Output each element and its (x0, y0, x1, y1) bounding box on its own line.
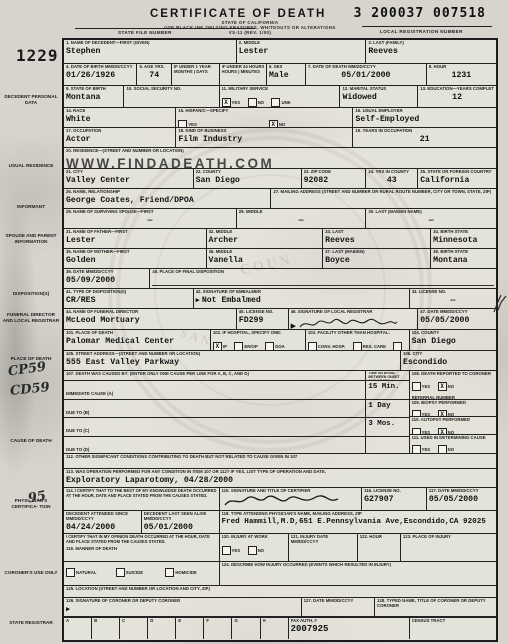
margin-scribble (492, 292, 508, 316)
registrar-cell-a: A (64, 618, 92, 639)
cause-line-b: DUE TO (B) Iliac Venous Thrombosis (64, 400, 365, 419)
death-certificate-form: 1. NAME OF DECEDENT—FIRST (GIVEN)Stephen… (62, 38, 498, 642)
field-facility-other-than-hospital: 103. FACILITY OTHER THAN HOSPITAL: CONV.… (306, 330, 410, 350)
field-state-or-foreign-country: 25. STATE OR FOREIGN COUNTRYCalifornia (418, 169, 496, 188)
field-decedent-last-name: 3. LAST (FAMILY)Reeves (366, 40, 496, 63)
field-attending-physician-name-address: 118. TYPE ATTENDING PHYSICIAN'S NAME, MA… (220, 511, 496, 533)
section-label-physician: PHYSI- CIAN'S CERTIFICA- TION (2, 498, 60, 509)
field-death-caused-by: 107. DEATH WAS CAUSED BY: (ENTER ONLY ON… (64, 371, 366, 453)
field-manner-of-death-options: NATURAL SUICIDE HOMICIDE ACCIDENT PENDIN… (64, 562, 220, 585)
field-social-security-no: 10. SOCIAL SECURITY NO. (124, 86, 219, 107)
local-registration-number-label: LOCAL REGISTRATION NUMBER (380, 29, 463, 34)
coroner-biopsy-autopsy-column: 108. DEATH REPORTED TO CORONER YES XNO R… (410, 371, 496, 453)
field-mother-first-name: 35. NAME OF MOTHER—FIRSTGolden (64, 249, 207, 268)
field-father-middle-name: 32. MIDDLEArcher (207, 229, 324, 248)
certificate-header: CERTIFICATE OF DEATH STATE OF CALIFORNIA… (0, 0, 508, 38)
registrar-cell-h: H (261, 618, 289, 639)
section-label-disposition: DISPOSITION(S) (2, 291, 60, 297)
field-injury-location: 125. LOCATION (STREET AND NUMBER OR LOCA… (64, 586, 496, 597)
field-if-hospital-specify: 102. IF HOSPITAL, SPECIFY ONE: XIP ER/OP… (211, 330, 306, 350)
field-coroner-signature: 126. SIGNATURE OF CORONER OR DEPUTY CORO… (64, 598, 302, 616)
field-hispanic-specify: 15. HISPANIC—SPECIFY YES XNO (176, 108, 353, 127)
field-residence-city: 21. CITYValley Center (64, 169, 194, 188)
field-coroner-date: 127. DATE MM/DD/CCYY (302, 598, 375, 616)
hospital-erop-checkbox (234, 342, 243, 350)
field-place-of-death: 101. PLACE OF DEATHPalomar Medical Cente… (64, 330, 211, 350)
field-describe-how-injury-occurred: 124. DESCRIBE HOW INJURY OCCURRED (EVENT… (220, 562, 496, 585)
field-race: 14. RACEWhite (64, 108, 176, 127)
registrar-cell-c: C (120, 618, 148, 639)
hispanic-no-checkbox: X (269, 120, 278, 127)
field-mother-maiden-name: 37. LAST (MAIDEN)Boyce (323, 249, 431, 268)
field-hour-of-death: 8. HOUR1231 (427, 64, 496, 85)
cause-line-c: DUE TO (C) Massive Abdominal Lymphoma (64, 418, 365, 437)
certificate-title: CERTIFICATE OF DEATH (150, 8, 326, 20)
section-label-informant: INFORMANT (2, 204, 60, 210)
field-fax-auth-number: FAX AUTH. # 2007925 (289, 618, 410, 639)
field-funeral-director-license: 45. LICENSE NO.FD299 (237, 309, 289, 329)
field-informant-name-relationship: 26. NAME, RELATIONSHIPGeorge Coates, Fri… (64, 189, 271, 208)
conv-hosp-checkbox (308, 342, 317, 350)
field-spouse-first-name: 28. NAME OF SURVIVING SPOUSE—FIRST— (64, 209, 237, 228)
coroner-no-checkbox: X (438, 382, 447, 391)
registrar-cell-b: B (92, 618, 120, 639)
field-death-county: 104. COUNTYSan Diego (410, 330, 496, 350)
arrow-icon: ▶ (291, 323, 296, 329)
field-spouse-middle-name: 29. MIDDLE— (237, 209, 367, 228)
section-label-cause-of-death: CAUSE OF DEATH (2, 438, 60, 444)
field-death-city: 106. CITYEscondido (401, 351, 496, 370)
local-registration-number-value: 3 200037 007518 (354, 6, 486, 21)
field-sex: 6. SEXMale (267, 64, 306, 85)
hospital-ip-checkbox: X (213, 342, 222, 350)
field-place-of-injury: 123. PLACE OF INJURY (401, 534, 496, 561)
natural-checkbox (66, 568, 75, 577)
findadeath-watermark: WWW.FINDADEATH.COM (66, 156, 494, 168)
field-operation-performed: 113. WAS OPERATION PERFORMED FOR ANY CON… (64, 469, 496, 487)
field-injury-at-work: 120. INJURY AT WORK YES NO (220, 534, 289, 561)
field-injury-hour: 122. HOUR (358, 534, 401, 561)
field-decedent-last-seen-alive: DECEDENT LAST SEEN ALIVE MM/DD/CCYY05/01… (142, 511, 220, 533)
field-decedent-middle-name: 2. MIDDLELester (237, 40, 367, 63)
field-certifier-signature: 115. SIGNATURE AND TITLE OF CERTIFIER (220, 488, 363, 510)
autopsy-yes-checkbox (412, 428, 421, 436)
section-label-place-of-death: PLACE OF DEATH (2, 356, 60, 362)
field-embalmer-signature: 42. SIGNATURE OF EMBALMER ▶Not Embalmed (194, 289, 410, 308)
field-other-significant-conditions: 112. OTHER SIGNIFICANT CONDITIONS CONTRI… (64, 454, 496, 468)
registrar-cell-e: E (176, 618, 204, 639)
state-file-number-label: STATE FILE NUMBER (118, 30, 172, 35)
field-residence-county: 22. COUNTYSan Diego (194, 169, 302, 188)
field-coroner-certification-statement: I CERTIFY THAT IN MY OPINION DEATH OCCUR… (64, 534, 220, 561)
field-certifier-date: 117. DATE MM/DD/CCYY05/05/2000 (427, 488, 496, 510)
field-years-in-county: 24. YRS IN COUNTY43 (366, 169, 418, 188)
certifier-signature (222, 494, 342, 508)
other-facility-checkbox (393, 342, 402, 350)
homicide-checkbox (165, 568, 174, 577)
coroner-yes-checkbox (412, 382, 421, 391)
registrar-signature (298, 318, 398, 329)
biopsy-yes-checkbox (412, 410, 421, 418)
field-embalmer-license: 43. LICENSE NO.— (410, 289, 496, 308)
arrow-icon: ▶ (66, 606, 70, 614)
field-usual-employer: 16. USUAL EMPLOYERSelf-Employed (353, 108, 496, 127)
field-death-street-address: 105. STREET ADDRESS—(STREET AND NUMBER O… (64, 351, 401, 370)
field-census-tract: CENSUS TRACT (410, 618, 496, 639)
field-decedent-first-name: 1. NAME OF DECEDENT—FIRST (GIVEN)Stephen (64, 40, 237, 63)
field-zip-code: 23. ZIP CODE92082 (302, 169, 367, 188)
field-mother-birth-state: 38. BIRTH STATEMontana (431, 249, 496, 268)
field-father-last-name: 33. LASTReeves (323, 229, 431, 248)
field-biopsy-performed: 109. BIOPSY PERFORMED YES XNO (410, 400, 496, 418)
field-residence-street: 20. RESIDENCE—(STREET AND NUMBER OR LOCA… (64, 148, 496, 168)
state-file-number-stamp: 1229 (16, 46, 59, 65)
section-label-state-registrar: STATE REGISTRAR (2, 620, 60, 626)
field-education-years: 13. EDUCATION—YEARS COMPLETED12 (418, 86, 496, 107)
field-decedent-attended-since: DECEDENT ATTENDED SINCE MM/DD/CCYY04/24/… (64, 511, 142, 533)
field-local-registrar-signature: 46. SIGNATURE OF LOCAL REGISTRAR ▶ (289, 309, 419, 329)
field-if-under-24-hours: IF UNDER 24 HOURSHOURS | MINUTES (220, 64, 268, 85)
arrow-icon: ▶ (196, 297, 200, 305)
registrar-cell-d: D (148, 618, 176, 639)
time-interval-column: TIME INTERVAL BETWEEN ONSET AND DEATH 15… (366, 371, 409, 453)
section-label-residence: USUAL RESIDENCE (2, 163, 60, 169)
field-spouse-maiden-name: 30. LAST (MAIDEN NAME)— (366, 209, 496, 228)
section-label-funeral: FUNERAL DIRECTOR AND LOCAL REGISTRAR (2, 312, 60, 323)
res-care-checkbox (353, 342, 362, 350)
suicide-checkbox (116, 568, 125, 577)
field-injury-date: 121. INJURY DATE MM/DD/CCYY (289, 534, 358, 561)
field-death-reported-to-coroner: 108. DEATH REPORTED TO CORONER YES XNO R… (410, 371, 496, 400)
field-date-of-birth: 4. DATE OF BIRTH MM/DD/CCYY01/26/1926 (64, 64, 137, 85)
registrar-cell-f: F (204, 618, 232, 639)
field-father-birth-state: 34. BIRTH STATEMinnesota (431, 229, 496, 248)
hospital-doa-checkbox (265, 342, 274, 350)
autopsy-no-checkbox: X (438, 428, 447, 436)
section-label-coroner: CORONER'S USE ONLY (2, 570, 60, 576)
registrar-cell-g: G (232, 618, 260, 639)
cause-line-a: IMMEDIATE CAUSE (A) Pulmonary Embolus (64, 381, 365, 400)
field-certifier-license: 116. LICENSE NO.G27907 (362, 488, 427, 510)
field-registrar-date: 47. DATE MM/DD/CCYY05/05/2000 (418, 309, 496, 329)
used-no-checkbox (438, 445, 447, 453)
section-label-spouse: SPOUSE AND PARENT INFORMATION (2, 233, 60, 244)
section-label-decedent: DECEDENT PERSONAL DATA (2, 94, 60, 105)
field-father-first-name: 31. NAME OF FATHER—FIRSTLester (64, 229, 207, 248)
injury-work-no-checkbox (248, 546, 257, 555)
field-if-under-1-year: IF UNDER 1 YEARMONTHS | DAYS (172, 64, 220, 85)
military-yes-checkbox: X (222, 98, 231, 107)
field-marital-status: 12. MARITAL STATUSWidowed (340, 86, 418, 107)
field-military-service: 11. MILITARY SERVICE XYES NO UNK (220, 86, 341, 107)
field-age-years: 5. AGE YRS.74 (137, 64, 172, 85)
field-state-of-birth: 9. STATE OF BIRTHMontana (64, 86, 124, 107)
biopsy-no-checkbox: X (438, 410, 447, 418)
field-autopsy-performed: 110. AUTOPSY PERFORMED YES XNO (410, 417, 496, 435)
hispanic-yes-checkbox (178, 120, 187, 127)
field-mother-middle-name: 36. MIDDLEVanella (207, 249, 324, 268)
field-coroner-typed-name: 128. TYPED NAME, TITLE OF CORONER OR DEP… (375, 598, 496, 616)
injury-work-yes-checkbox (222, 546, 231, 555)
military-no-checkbox (248, 98, 257, 107)
field-occupation: 17. OCCUPATIONActor (64, 128, 176, 147)
field-physician-certification-statement: 114. I CERTIFY THAT TO THE BEST OF MY KN… (64, 488, 220, 510)
field-place-of-final-disposition: 40. PLACE OF FINAL DISPOSITION (150, 269, 496, 288)
field-date-of-death: 7. DATE OF DEATH MM/DD/CCYY05/01/2000 (306, 64, 427, 85)
field-type-of-disposition: 41. TYPE OF DISPOSITION(S)CR/RES (64, 289, 194, 308)
military-unk-checkbox (271, 98, 280, 107)
field-informant-mailing-address: 27. MAILING ADDRESS (STREET AND NUMBER O… (271, 189, 496, 208)
cause-line-d: DUE TO (D) (64, 437, 365, 453)
field-funeral-director-name: 44. NAME OF FUNERAL DIRECTORMcLeod Mortu… (64, 309, 237, 329)
used-yes-checkbox (412, 445, 421, 453)
field-used-in-determining-cause: 111. USED IN DETERMINING CAUSE YES NO (410, 435, 496, 453)
field-kind-of-business: 18. KIND OF BUSINESSFilm Industry (176, 128, 353, 147)
field-years-in-occupation: 19. YEARS IN OCCUPATION21 (353, 128, 496, 147)
field-disposition-date: 39. DATE MM/DD/CCYY05/09/2000 (64, 269, 150, 288)
